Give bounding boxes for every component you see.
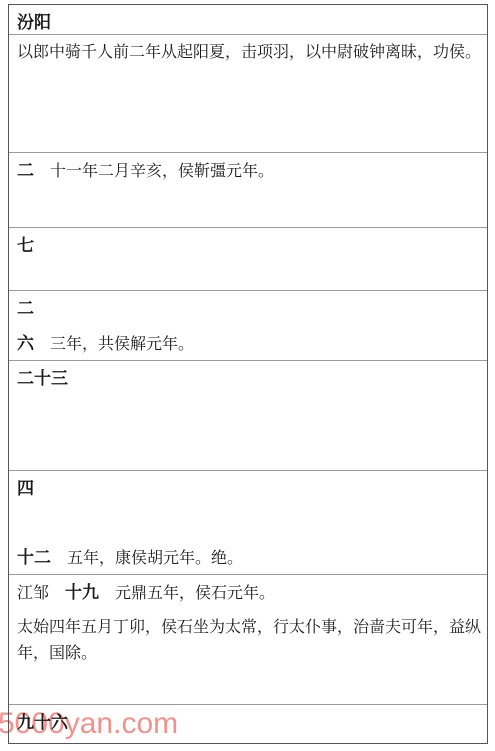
- table-row: 四 十二 五年，康侯胡元年。绝。: [9, 470, 487, 574]
- year-count-text: 二十三: [17, 369, 68, 388]
- year-count-text: 十二: [17, 548, 51, 567]
- table-cell-text: 太始四年五月丁卯，侯石坐为太常，行太仆事，治啬夫可年，益纵年，国除。: [17, 615, 481, 667]
- annal-text: 十一年二月辛亥，侯靳彊元年。: [34, 163, 274, 180]
- year-count-text: 九十六: [17, 713, 68, 732]
- year-count-text: 四: [17, 479, 34, 498]
- table-cell-text: 十二 五年，康侯胡元年。绝。: [17, 545, 481, 572]
- blank-line: [17, 511, 481, 537]
- table-cell-text: 二十三: [17, 366, 481, 393]
- annal-text: 三年，共侯解元年。: [34, 336, 194, 353]
- table-cell-text: 九十六: [17, 710, 481, 737]
- table-cell-text: 七: [17, 233, 481, 260]
- record-table: 汾阳以郎中骑千人前二年从起阳夏，击项羽，以中尉破钟离昧，功侯。二 十一年二月辛亥…: [8, 4, 488, 744]
- table-row: 二六 三年，共侯解元年。: [9, 290, 487, 360]
- table-cell-text: 六 三年，共侯解元年。: [17, 331, 481, 358]
- annal-text: 江邹: [17, 585, 65, 602]
- table-row: 江邹 十九 元鼎五年，侯石元年。太始四年五月丁卯，侯石坐为太常，行太仆事，治啬夫…: [9, 574, 487, 704]
- table-row-header: 汾阳: [9, 5, 487, 34]
- table-row: 以郎中骑千人前二年从起阳夏，击项羽，以中尉破钟离昧，功侯。: [9, 34, 487, 152]
- annal-text: 太始四年五月丁卯，侯石坐为太常，行太仆事，治啬夫可年，益纵年，国除。: [17, 619, 481, 662]
- year-count-text: 二: [17, 299, 34, 318]
- page: { "watermark": { "text": "5000yan.com", …: [0, 0, 495, 751]
- annal-text: 五年，康侯胡元年。绝。: [51, 550, 243, 567]
- year-count-text: 六: [17, 334, 34, 353]
- table-row: 七: [9, 227, 487, 290]
- table-cell-text: 江邹 十九 元鼎五年，侯石元年。: [17, 580, 481, 607]
- table-cell-text: 二: [17, 296, 481, 323]
- annal-text: 以郎中骑千人前二年从起阳夏，击项羽，以中尉破钟离昧，功侯。: [17, 44, 481, 61]
- table-row: 二 十一年二月辛亥，侯靳彊元年。: [9, 152, 487, 227]
- year-count-text: 汾阳: [17, 13, 51, 32]
- table-cell-text: 以郎中骑千人前二年从起阳夏，击项羽，以中尉破钟离昧，功侯。: [17, 40, 481, 66]
- year-count-text: 二: [17, 161, 34, 180]
- table-row: 二十三: [9, 360, 487, 470]
- year-count-text: 十九: [65, 583, 99, 602]
- table-cell-text: 二 十一年二月辛亥，侯靳彊元年。: [17, 158, 481, 185]
- year-count-text: 七: [17, 236, 34, 255]
- table-cell-text: 四: [17, 476, 481, 503]
- table-row: 九十六: [9, 704, 487, 743]
- annal-text: 元鼎五年，侯石元年。: [99, 585, 275, 602]
- table-cell-text: 汾阳: [17, 10, 481, 34]
